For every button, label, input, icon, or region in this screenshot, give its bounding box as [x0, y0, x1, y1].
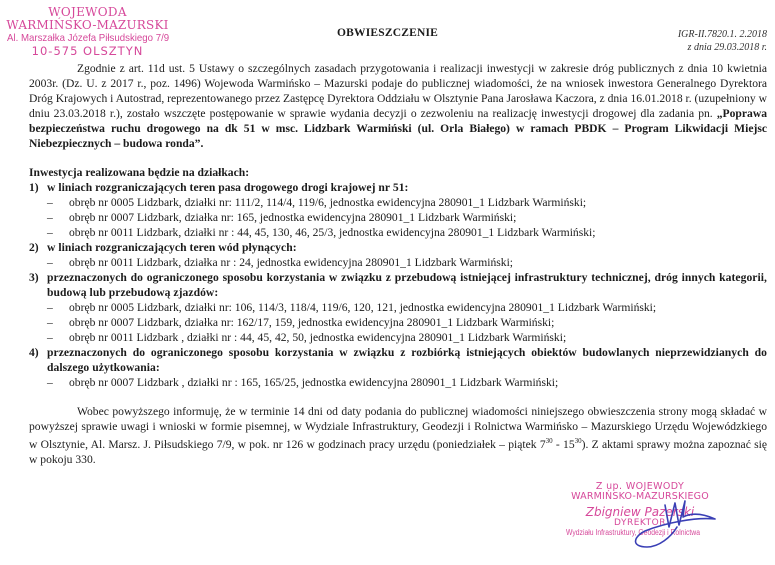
close-minutes: 30	[575, 437, 582, 445]
dash-bullet-icon: –	[47, 210, 69, 225]
plots-heading: Inwestycja realizowana będzie na działka…	[29, 165, 767, 180]
section-title: przeznaczonych do ograniczonego sposobu …	[47, 270, 767, 300]
stamp-postal-city: 10-575 OLSZTYN	[0, 45, 175, 58]
document-title: OBWIESZCZENIE	[0, 27, 775, 39]
document-body: Zgodnie z art. 11d ust. 5 Ustawy o szcze…	[29, 61, 767, 467]
plot-list-item: –obręb nr 0005 Lidzbark, działki nr: 111…	[29, 195, 767, 210]
plot-description: obręb nr 0011 Lidzbark , działki nr : 44…	[69, 330, 767, 345]
section-number: 3)	[29, 270, 47, 300]
plot-list-item: –obręb nr 0007 Lidzbark, działka nr: 162…	[29, 315, 767, 330]
dash-bullet-icon: –	[47, 195, 69, 210]
plot-description: obręb nr 0007 Lidzbark, działka nr: 162/…	[69, 315, 767, 330]
section-number: 1)	[29, 180, 47, 195]
plot-list-item: –obręb nr 0007 Lidzbark , działki nr : 1…	[29, 375, 767, 390]
plot-list-item: –obręb nr 0011 Lidzbark , działki nr : 4…	[29, 330, 767, 345]
plot-description: obręb nr 0005 Lidzbark, działki nr: 111/…	[69, 195, 767, 210]
plot-list-item: –obręb nr 0011 Lidzbark, działki nr : 44…	[29, 225, 767, 240]
plot-list-item: –obręb nr 0007 Lidzbark, działka nr: 165…	[29, 210, 767, 225]
dash-bullet-icon: –	[47, 315, 69, 330]
document-date: z dnia 29.03.2018 r.	[678, 42, 767, 55]
section-title: przeznaczonych do ograniczonego sposobu …	[47, 345, 767, 375]
section-title: w liniach rozgraniczających teren wód pł…	[47, 240, 767, 255]
intro-paragraph: Zgodnie z art. 11d ust. 5 Ustawy o szcze…	[29, 61, 767, 151]
plot-description: obręb nr 0007 Lidzbark , działki nr : 16…	[69, 375, 767, 390]
dash-bullet-icon: –	[47, 300, 69, 315]
dash-bullet-icon: –	[47, 225, 69, 240]
plot-description: obręb nr 0011 Lidzbark, działka nr : 24,…	[69, 255, 767, 270]
dash-bullet-icon: –	[47, 330, 69, 345]
plot-section-3: 3)przeznaczonych do ograniczonego sposob…	[29, 270, 767, 300]
closing-paragraph: Wobec powyższego informuję, że w termini…	[29, 404, 767, 467]
plot-description: obręb nr 0011 Lidzbark, działki nr : 44,…	[69, 225, 767, 240]
plot-list-item: –obręb nr 0011 Lidzbark, działka nr : 24…	[29, 255, 767, 270]
plot-description: obręb nr 0005 Lidzbark, działki nr: 106,…	[69, 300, 767, 315]
plot-description: obręb nr 0007 Lidzbark, działka nr: 165,…	[69, 210, 767, 225]
plot-section-2: 2)w liniach rozgraniczających teren wód …	[29, 240, 767, 255]
section-number: 4)	[29, 345, 47, 375]
open-minutes: 30	[546, 437, 553, 445]
hours-separator: - 15	[553, 438, 575, 451]
section-number: 2)	[29, 240, 47, 255]
section-title: w liniach rozgraniczających teren pasa d…	[47, 180, 767, 195]
plot-section-4: 4)przeznaczonych do ograniczonego sposob…	[29, 345, 767, 375]
handwritten-signature-icon	[625, 497, 745, 552]
plot-section-1: 1)w liniach rozgraniczających teren pasa…	[29, 180, 767, 195]
plot-list-item: –obręb nr 0005 Lidzbark, działki nr: 106…	[29, 300, 767, 315]
intro-text: Zgodnie z art. 11d ust. 5 Ustawy o szcze…	[29, 62, 767, 120]
dash-bullet-icon: –	[47, 255, 69, 270]
plots-sections: 1)w liniach rozgraniczających teren pasa…	[29, 180, 767, 390]
dash-bullet-icon: –	[47, 375, 69, 390]
